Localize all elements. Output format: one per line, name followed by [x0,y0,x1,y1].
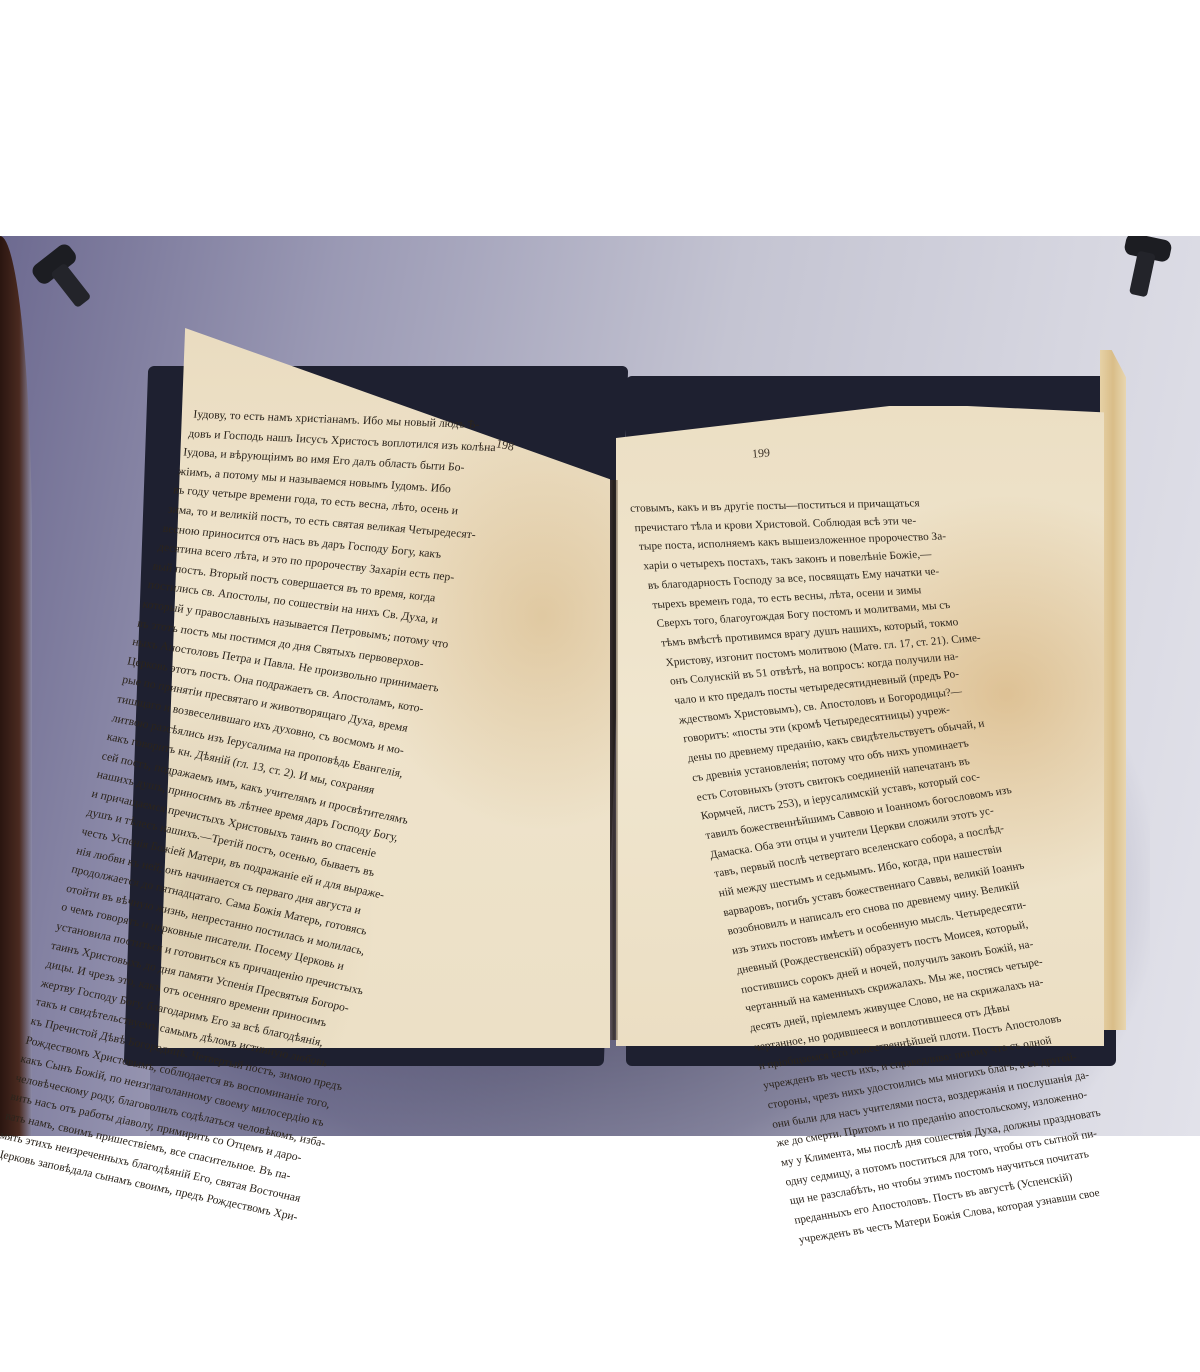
backdrop-clip-right [1113,236,1173,310]
wooden-edge [0,236,32,1136]
book-gutter [610,480,618,1040]
backdrop-clip-left [29,241,108,324]
right-page-number: 199 [751,445,770,462]
